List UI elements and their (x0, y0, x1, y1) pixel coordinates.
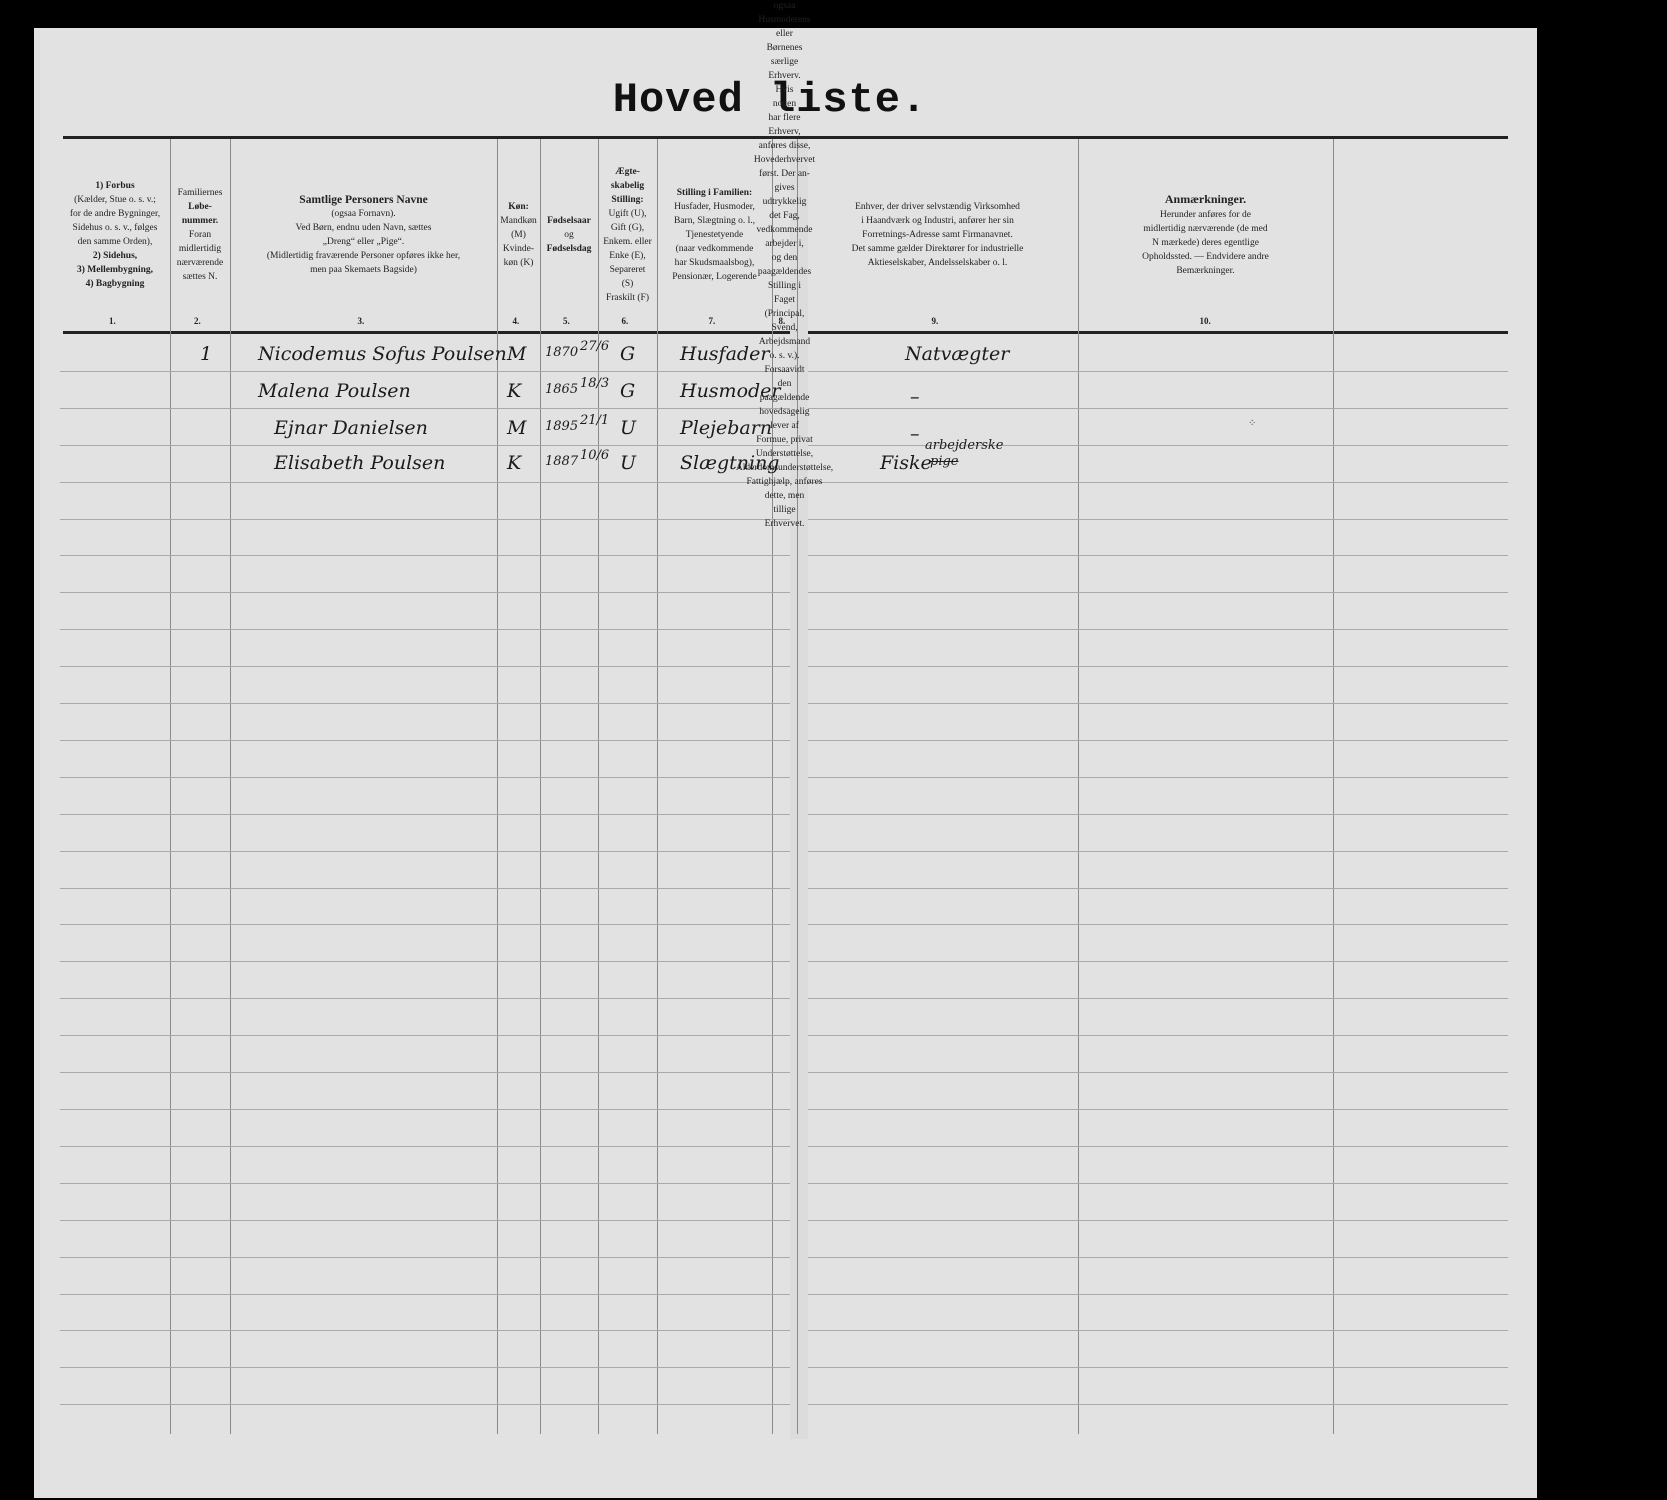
column-number-5: 5. (563, 316, 570, 326)
row-line (60, 1367, 790, 1368)
column-number-10: 10. (1200, 316, 1211, 326)
row-line (808, 1257, 1508, 1258)
row-line (808, 482, 1508, 483)
row-line (808, 408, 1508, 409)
row-line (60, 1257, 790, 1258)
column-number-2: 2. (194, 316, 201, 326)
row-line (60, 445, 790, 446)
row-line (808, 924, 1508, 925)
row-line (60, 1109, 790, 1110)
ink-mark: ⁘ (1248, 418, 1256, 429)
header-text-line: (naar vedkommende (676, 242, 754, 256)
column-number-6: 6. (622, 316, 629, 326)
column-header-4: Køn:Mandkøn(M)Kvinde-køn (K) (501, 145, 536, 325)
header-text-line: Stilling i Familien: (677, 186, 752, 200)
header-text-line: Aktieselskaber, Andelsselskaber o. l. (868, 256, 1007, 270)
header-text-line: for de andre Bygninger, (70, 207, 160, 221)
row-line (808, 1035, 1508, 1036)
header-text-line: „Dreng“ eller „Pige“. (323, 235, 405, 249)
header-text-line: Herunder anføres for de (1160, 208, 1251, 222)
header-text-line: har Skudsmaalsbog), (675, 256, 755, 270)
row-line (808, 1294, 1508, 1295)
header-text-line: Pensionær, Logerende (672, 270, 757, 284)
marital-status: U (620, 417, 636, 439)
column-divider (598, 139, 599, 1434)
family-position: Husmoder (680, 380, 781, 402)
column-number-3: 3. (358, 316, 365, 326)
row-line (808, 851, 1508, 852)
occupation: – (910, 423, 920, 445)
row-line (60, 924, 790, 925)
row-line (60, 1035, 790, 1036)
row-line (60, 851, 790, 852)
column-header-5: FødselsaarogFødselsdag (544, 145, 594, 325)
column-header-10: Anmærkninger.Herunder anføres for demidl… (1082, 145, 1329, 325)
row-line (808, 555, 1508, 556)
row-line (808, 1072, 1508, 1073)
birth-year: 1865 (545, 382, 578, 397)
header-text-line: Kvinde- (503, 242, 534, 256)
row-line (60, 519, 790, 520)
header-text-line: 2) Sidehus, (93, 249, 137, 263)
column-number-7: 7. (709, 316, 716, 326)
row-line (60, 408, 790, 409)
row-line (808, 998, 1508, 999)
birth-day: 10/6 (580, 448, 609, 463)
row-line (808, 777, 1508, 778)
header-text-line: midlertidig (179, 242, 221, 256)
header-text-line: Fødselsaar (547, 214, 591, 228)
header-text-line: (M) (511, 228, 526, 242)
column-header-3: Samtlige Personers Navne(ogsaa Fornavn).… (234, 145, 493, 325)
header-text-line: den samme Orden), (78, 235, 153, 249)
header-text-line: 4) Bagbygning (86, 277, 145, 291)
sex-marker: K (507, 380, 521, 402)
row-line (60, 1330, 790, 1331)
row-line (808, 1220, 1508, 1221)
row-line (808, 703, 1508, 704)
header-text-line: Tjenestetyende (686, 228, 744, 242)
family-position: Plejebarn (680, 417, 772, 439)
row-line (60, 1220, 790, 1221)
occupation: Natvægter (905, 343, 1009, 365)
header-text-line: i Haandværk og Industri, anfører her sin (861, 214, 1014, 228)
row-line (808, 1146, 1508, 1147)
column-header-7: Stilling i Familien:Husfader, Husmoder,B… (661, 145, 768, 325)
family-position: Husfader (680, 343, 769, 365)
row-line (808, 740, 1508, 741)
header-text-line: Anmærkninger. (1165, 192, 1246, 206)
row-line (60, 777, 790, 778)
header-text-line: 3) Mellembygning, (77, 263, 153, 277)
row-line (60, 555, 790, 556)
header-text-line: (Midlertidig fraværende Personer opføres… (267, 249, 460, 263)
header-text-line: Husfader, Husmoder, (674, 200, 755, 214)
column-number-8: 8. (779, 316, 786, 326)
column-number-4: 4. (513, 316, 520, 326)
row-line (808, 629, 1508, 630)
column-divider (540, 139, 541, 1434)
header-text-line: Enkem. eller (603, 235, 652, 249)
family-number: 1 (200, 343, 212, 365)
header-text-line: Familiernes (178, 186, 223, 200)
sex-marker: M (507, 417, 526, 439)
header-text-line: Barn, Slægtning o. l., (674, 214, 755, 228)
person-name: Nicodemus Sofus Poulsen (258, 343, 507, 365)
row-line (808, 519, 1508, 520)
header-text-line: Det samme gælder Direktører for industri… (852, 242, 1024, 256)
header-text-line: Mandkøn (500, 214, 536, 228)
header-text-line: Fraskilt (F) (606, 291, 649, 305)
column-divider (497, 139, 498, 1434)
row-line (60, 961, 790, 962)
row-line (808, 1109, 1508, 1110)
occupation-struck: pige (930, 454, 959, 469)
row-line (60, 814, 790, 815)
header-text-line: Ugift (U), (609, 207, 647, 221)
row-line (808, 1404, 1508, 1405)
marital-status: U (620, 452, 636, 474)
column-header-2: FamiliernesLøbe-nummer.Foranmidlertidign… (174, 145, 226, 325)
row-line (808, 888, 1508, 889)
column-divider (170, 139, 171, 1434)
column-header-6: Ægte-skabeligStilling:Ugift (U),Gift (G)… (602, 145, 653, 325)
row-line (60, 1183, 790, 1184)
header-text-line: skabelig (611, 179, 644, 193)
marital-status: G (620, 343, 635, 365)
row-line (60, 740, 790, 741)
row-line (60, 1294, 790, 1295)
header-text-line: (S) (622, 277, 634, 291)
row-line (60, 371, 790, 372)
row-line (808, 1367, 1508, 1368)
family-position: Slægtning (680, 452, 779, 474)
row-line (60, 482, 790, 483)
header-text-line: Løbe- (188, 200, 212, 214)
birth-day: 21/1 (580, 413, 609, 428)
header-text-line: (Kælder, Stue o. s. v.; (74, 193, 156, 207)
header-text-line: (ogsaa Fornavn). (331, 207, 395, 221)
row-line (808, 371, 1508, 372)
row-line (60, 666, 790, 667)
birth-year: 1870 (545, 345, 578, 360)
occupation: Fiske (880, 452, 932, 474)
row-line (808, 1183, 1508, 1184)
header-text-line: Opholdssted. — Endvidere andre (1142, 250, 1269, 264)
row-line (808, 592, 1508, 593)
person-name: Malena Poulsen (258, 380, 411, 402)
column-header-1: 1) Forbus(Kælder, Stue o. s. v.;for de a… (64, 145, 166, 325)
row-line (60, 1072, 790, 1073)
header-text-line: Separeret (610, 263, 646, 277)
row-line (808, 1330, 1508, 1331)
column-divider (1078, 139, 1079, 1434)
row-line (60, 629, 790, 630)
birth-year: 1895 (545, 419, 578, 434)
header-text-line: Gift (G), (611, 221, 644, 235)
person-name: Elisabeth Poulsen (274, 452, 445, 474)
header-text-line: Køn: (508, 200, 529, 214)
column-header-9: Enhver, der driver selvstændig Virksomhe… (801, 145, 1074, 325)
header-text-line: 1) Forbus (95, 179, 134, 193)
column-number-9: 9. (932, 316, 939, 326)
header-text-line: Ved Børn, endnu uden Navn, sættes (296, 221, 432, 235)
header-text-line: Enhver, der driver selvstændig Virksomhe… (855, 200, 1020, 214)
row-line (60, 703, 790, 704)
header-text-line: sættes N. (183, 270, 218, 284)
header-text-line: Stilling: (611, 193, 643, 207)
column-number-1: 1. (109, 316, 116, 326)
header-text-line: Enke (E), (609, 249, 645, 263)
header-text-line: Fødselsdag (547, 242, 592, 256)
row-line (808, 961, 1508, 962)
row-line (60, 888, 790, 889)
row-line (60, 592, 790, 593)
header-text-line: nærværende (177, 256, 223, 270)
header-text-line: Bemærkninger. (1176, 264, 1234, 278)
birth-year: 1887 (545, 454, 578, 469)
birth-day: 27/6 (580, 339, 609, 354)
person-name: Ejnar Danielsen (274, 417, 428, 439)
header-text-line: og (564, 228, 574, 242)
header-text-line: nummer. (182, 214, 218, 228)
row-line (60, 998, 790, 999)
row-line (808, 666, 1508, 667)
column-header-8: Erhverv.Livsstilling, Forretning, Næring… (776, 145, 793, 325)
header-text-line: køn (K) (504, 256, 534, 270)
header-text-line: N mærkede) deres egentlige (1152, 236, 1259, 250)
row-line (808, 814, 1508, 815)
row-line (60, 1146, 790, 1147)
header-text-line: Sidehus o. s. v., følges (73, 221, 158, 235)
occupation: – (910, 386, 920, 408)
header-text-line: midlertidig nærværende (de med (1143, 222, 1267, 236)
header-text-line: men paa Skemaets Bagside) (310, 263, 417, 277)
header-text-line: Forretnings-Adresse samt Firmanavnet. (862, 228, 1013, 242)
header-text-line: Foran (189, 228, 211, 242)
sex-marker: M (507, 343, 526, 365)
marital-status: G (620, 380, 635, 402)
header-text-line: eller Børnenes særlige Erhverv. Hvis nog… (767, 27, 803, 125)
sex-marker: K (507, 452, 521, 474)
header-text-line: tillige Erhvervet. (765, 503, 805, 531)
occupation-added: arbejderske (925, 438, 1003, 453)
birth-day: 18/3 (580, 376, 609, 391)
row-line (60, 1404, 790, 1405)
header-text-line: Samtlige Personers Navne (299, 193, 427, 207)
column-divider (657, 139, 658, 1434)
column-divider (230, 139, 231, 1434)
header-text-line: Ægte- (615, 165, 640, 179)
column-divider (1333, 139, 1334, 1434)
row-line (808, 445, 1508, 446)
header-text-line: Livsstilling, Forretning, Næringsvej; og… (758, 0, 810, 27)
